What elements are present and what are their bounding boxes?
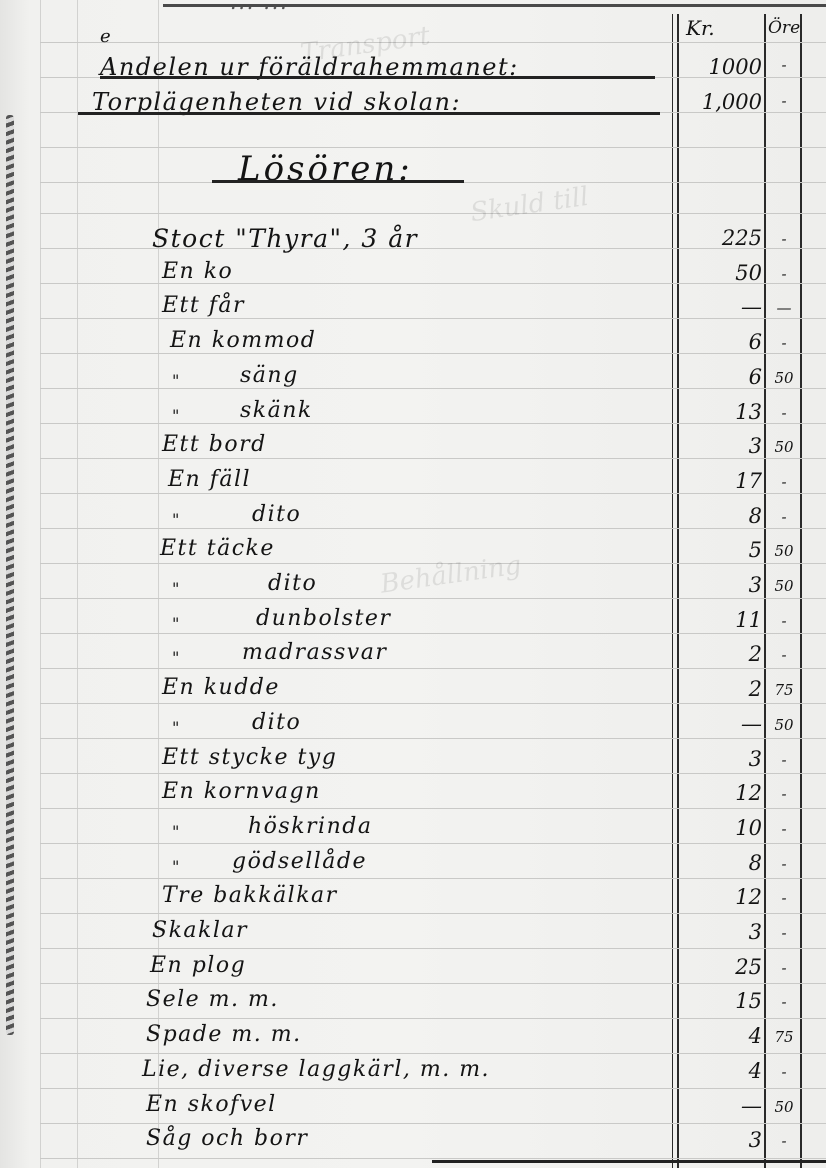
kr-value: 2 <box>672 644 762 665</box>
kr-value: — <box>672 1096 762 1117</box>
item-label: Såg och borr <box>146 1128 308 1150</box>
ditto-mark: " <box>172 859 179 875</box>
item-label: höskrinda <box>248 816 372 838</box>
kr-value: 4 <box>672 1061 762 1082</box>
ruled-line <box>40 1158 826 1159</box>
kr-value: 3 <box>672 1130 762 1151</box>
margin-rule <box>77 0 78 1168</box>
kr-value: 8 <box>672 506 762 527</box>
kr-value: 12 <box>672 887 762 908</box>
item-label: dito <box>252 504 301 526</box>
ruled-line <box>40 1018 826 1019</box>
ore-value: 50 <box>767 371 801 386</box>
kr-value: — <box>672 297 762 318</box>
item-label: Skaklar <box>152 920 248 942</box>
item-label: Sele m. m. <box>146 989 279 1011</box>
ore-value: - <box>767 753 801 768</box>
kr-value: 3 <box>672 749 762 770</box>
kr-value: 25 <box>672 957 762 978</box>
ruled-line <box>40 147 826 148</box>
ore-value: 75 <box>767 683 801 698</box>
ore-value: - <box>767 926 801 941</box>
ore-value: - <box>767 336 801 351</box>
entry-underline <box>100 76 655 79</box>
item-label: dunbolster <box>256 608 391 630</box>
item-label: En plog <box>150 955 246 977</box>
item-label: En skofvel <box>146 1094 277 1116</box>
ditto-mark: " <box>172 720 179 736</box>
item-label: säng <box>240 365 299 387</box>
ruled-line <box>40 353 826 354</box>
ditto-mark: " <box>172 650 179 666</box>
ditto-mark: " <box>172 373 179 389</box>
entry-underline <box>78 112 660 115</box>
item-label: dito <box>252 712 301 734</box>
ruled-line <box>40 913 826 914</box>
item-label: madrassvar <box>242 642 387 664</box>
bleed-through: Skuld till <box>468 182 590 228</box>
kr-value: 2 <box>672 679 762 700</box>
kr-value: 3 <box>672 436 762 457</box>
kr-value: 4 <box>672 1026 762 1047</box>
item-label: En kommod <box>170 330 316 352</box>
ore-value: 50 <box>767 718 801 733</box>
ore-value: - <box>767 406 801 421</box>
kr-value: 1000 <box>672 57 762 78</box>
ruled-line <box>40 948 826 949</box>
kr-value: 13 <box>672 402 762 423</box>
item-label: Ett stycke tyg <box>162 747 337 769</box>
item-label: En fäll <box>168 469 251 491</box>
ruled-line <box>40 213 826 214</box>
kr-value: 1,000 <box>672 92 762 113</box>
ore-value: 50 <box>767 440 801 455</box>
kr-value: 15 <box>672 991 762 1012</box>
ore-value: - <box>767 510 801 525</box>
ore-column-header: Öre <box>768 18 800 38</box>
kr-value: 8 <box>672 853 762 874</box>
ruled-line <box>40 423 826 424</box>
item-label: En kudde <box>162 677 280 699</box>
kr-value: 10 <box>672 818 762 839</box>
cut-off-text: ... ... <box>230 0 289 14</box>
kr-value: 12 <box>672 783 762 804</box>
ore-value: - <box>767 822 801 837</box>
ruled-line <box>40 1053 826 1054</box>
kr-value: 6 <box>672 332 762 353</box>
ditto-mark: " <box>172 408 179 424</box>
ledger-page: ... ... Transport Skuld till Behållning … <box>0 0 826 1168</box>
kr-value: 6 <box>672 367 762 388</box>
entry-label: Torplägenheten vid skolan: <box>92 90 461 114</box>
kr-value: 11 <box>672 610 762 631</box>
item-label: gödsellåde <box>232 851 367 873</box>
ore-value: - <box>767 94 801 109</box>
ruled-line <box>40 738 826 739</box>
ruled-line <box>40 42 826 43</box>
binding-string <box>6 115 14 1035</box>
ore-value: - <box>767 648 801 663</box>
ore-value: - <box>767 787 801 802</box>
ore-value: - <box>767 857 801 872</box>
ditto-mark: " <box>172 512 179 528</box>
margin-rule <box>40 0 41 1168</box>
bleed-through: Behållning <box>379 550 524 599</box>
kr-value: 3 <box>672 922 762 943</box>
item-label: dito <box>268 573 317 595</box>
kr-value: 50 <box>672 263 762 284</box>
ore-value: — <box>767 301 801 316</box>
marker-letter: e <box>100 28 111 46</box>
ruled-line <box>40 808 826 809</box>
ruled-line <box>40 878 826 879</box>
ore-value: - <box>767 475 801 490</box>
ore-value: - <box>767 961 801 976</box>
ruled-line <box>40 843 826 844</box>
ruled-line <box>40 983 826 984</box>
ruled-line <box>40 493 826 494</box>
ore-value: - <box>767 58 801 73</box>
ditto-mark: " <box>172 824 179 840</box>
kr-value: — <box>672 714 762 735</box>
ore-value: 75 <box>767 1030 801 1045</box>
ruled-line <box>40 1123 826 1124</box>
ore-value: 50 <box>767 544 801 559</box>
ruled-line <box>40 388 826 389</box>
item-label: Stoct "Thyra", 3 år <box>152 226 418 251</box>
ditto-mark: " <box>172 581 179 597</box>
ore-value: 50 <box>767 579 801 594</box>
ruled-line <box>40 668 826 669</box>
kr-value: 3 <box>672 575 762 596</box>
ore-value: 50 <box>767 1100 801 1115</box>
item-label: Ett får <box>162 295 245 317</box>
kr-value: 5 <box>672 540 762 561</box>
top-rule <box>163 4 826 7</box>
ore-column-left-rule <box>764 14 766 1168</box>
kr-column-header: Kr. <box>686 16 715 40</box>
ruled-line <box>40 1088 826 1089</box>
ruled-line <box>40 633 826 634</box>
ore-value: - <box>767 1065 801 1080</box>
ditto-mark: " <box>172 616 179 632</box>
item-label: Lie, diverse laggkärl, m. m. <box>142 1059 490 1081</box>
item-label: skänk <box>240 400 313 422</box>
ruled-line <box>40 458 826 459</box>
ore-value: - <box>767 995 801 1010</box>
kr-value: 17 <box>672 471 762 492</box>
item-label: Tre bakkälkar <box>162 885 338 907</box>
item-label: Ett täcke <box>160 538 275 560</box>
item-label: En ko <box>162 261 233 283</box>
ruled-line <box>40 528 826 529</box>
item-label: Spade m. m. <box>146 1024 302 1046</box>
kr-value: 225 <box>672 228 762 249</box>
ruled-line <box>40 598 826 599</box>
ruled-line <box>40 773 826 774</box>
ruled-line <box>40 318 826 319</box>
heading-underline <box>212 180 464 183</box>
ore-value: - <box>767 1134 801 1149</box>
ore-value: - <box>767 891 801 906</box>
ore-value: - <box>767 614 801 629</box>
ore-value: - <box>767 267 801 282</box>
ruled-line <box>40 703 826 704</box>
sum-rule <box>432 1160 826 1163</box>
ore-value: - <box>767 232 801 247</box>
item-label: Ett bord <box>162 434 267 456</box>
item-label: En kornvagn <box>162 781 321 803</box>
